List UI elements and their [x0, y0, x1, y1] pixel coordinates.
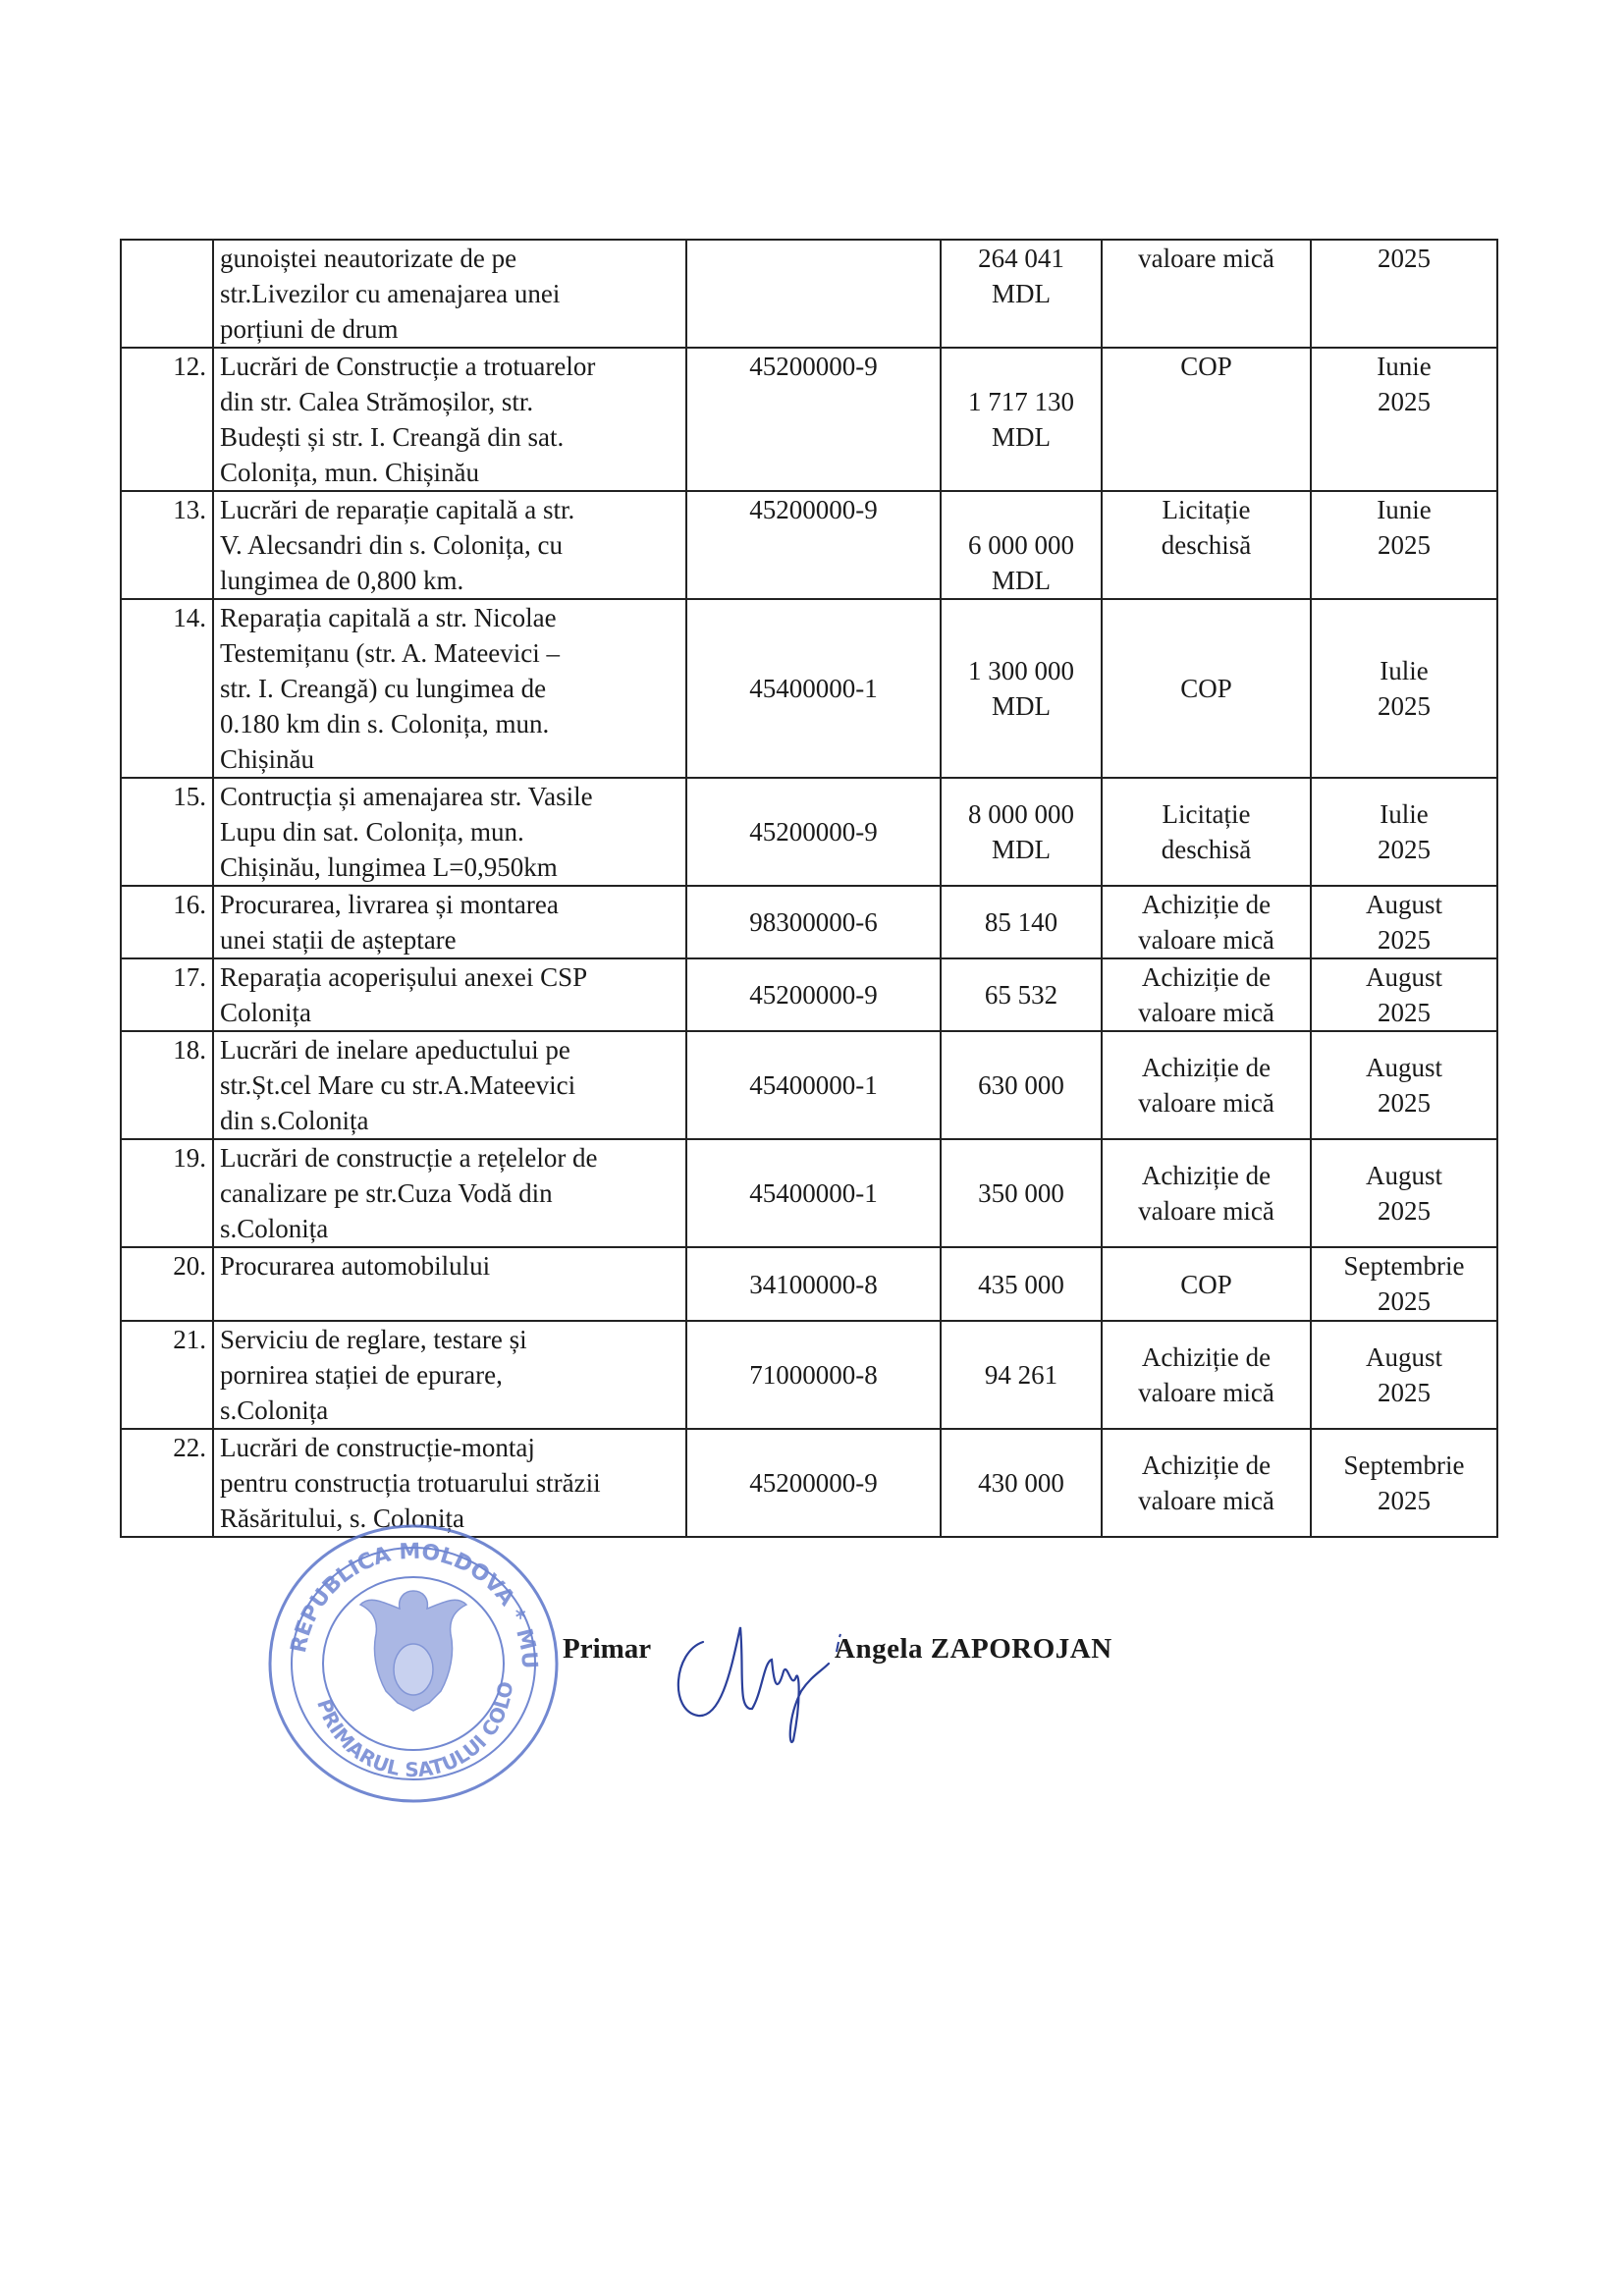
procurement-procedure-line: valoare mică [1109, 241, 1304, 276]
item-description: Reparația capitală a str. NicolaeTestemi… [213, 599, 686, 778]
planned-date: Septembrie2025 [1311, 1247, 1497, 1321]
item-description-line: Procurarea, livrarea și montarea [220, 887, 679, 922]
estimated-value-line: 65 532 [947, 977, 1095, 1012]
signatory-name: Angela ZAPOROJAN [835, 1633, 1112, 1666]
item-description-line: Budești și str. I. Creangă din sat. [220, 419, 679, 455]
table-row: 19.Lucrări de construcție a rețelelor de… [121, 1139, 1497, 1247]
procurement-procedure-line: Achiziție de [1109, 1050, 1304, 1085]
item-description: Serviciu de reglare, testare șipornirea … [213, 1321, 686, 1429]
row-number: 14. [121, 599, 213, 778]
estimated-value-line: MDL [947, 563, 1095, 598]
estimated-value: 430 000 [941, 1429, 1102, 1537]
item-description-line: gunoiștei neautorizate de pe [220, 241, 679, 276]
row-number: 16. [121, 886, 213, 958]
item-description-line: Lucrări de Construcție a trotuarelor [220, 349, 679, 384]
estimated-value-line: 1 717 130 [947, 384, 1095, 419]
item-description-line: Reparația acoperișului anexei CSP [220, 959, 679, 995]
estimated-value: 1 717 130MDL [941, 348, 1102, 491]
planned-date-line: Iulie [1318, 796, 1490, 832]
table-row: 21.Serviciu de reglare, testare șipornir… [121, 1321, 1497, 1429]
estimated-value-line: MDL [947, 276, 1095, 311]
planned-date-line: August [1318, 1339, 1490, 1375]
planned-date: August2025 [1311, 886, 1497, 958]
item-description-line: pornirea stației de epurare, [220, 1357, 679, 1393]
planned-date-line: 2025 [1318, 922, 1490, 957]
cpv-code: 45400000-1 [686, 1139, 941, 1247]
planned-date-line: Septembrie [1318, 1248, 1490, 1284]
procurement-procedure: COP [1102, 1247, 1311, 1321]
cpv-code: 45400000-1 [686, 599, 941, 778]
item-description-line: lungimea de 0,800 km. [220, 563, 679, 598]
planned-date-line: 2025 [1318, 1085, 1490, 1121]
planned-date: Iunie2025 [1311, 348, 1497, 491]
item-description-line: str. I. Creangă) cu lungimea de [220, 671, 679, 706]
item-description-line: Procurarea automobilului [220, 1248, 679, 1284]
procurement-procedure-line: Achiziție de [1109, 1448, 1304, 1483]
item-description-line: 0.180 km din s. Colonița, mun. [220, 706, 679, 741]
estimated-value-line: 94 261 [947, 1357, 1095, 1393]
planned-date-line: Iunie [1318, 492, 1490, 527]
procurement-procedure: Achiziție devaloare mică [1102, 1429, 1311, 1537]
planned-date-line: August [1318, 959, 1490, 995]
table-row: 14.Reparația capitală a str. NicolaeTest… [121, 599, 1497, 778]
item-description-line: Lucrări de reparație capitală a str. [220, 492, 679, 527]
estimated-value: 85 140 [941, 886, 1102, 958]
planned-date-line: 2025 [1318, 688, 1490, 724]
item-description: Lucrări de reparație capitală a str.V. A… [213, 491, 686, 599]
procurement-procedure-line: valoare mică [1109, 995, 1304, 1030]
item-description: Procurarea, livrarea și montareaunei sta… [213, 886, 686, 958]
item-description-line: din s.Colonița [220, 1103, 679, 1138]
estimated-value: 65 532 [941, 958, 1102, 1031]
item-description-line: s.Colonița [220, 1393, 679, 1428]
estimated-value: 94 261 [941, 1321, 1102, 1429]
procurement-procedure: Achiziție devaloare mică [1102, 1139, 1311, 1247]
planned-date-line: 2025 [1318, 1284, 1490, 1319]
procurement-procedure: Achiziție devaloare mică [1102, 1321, 1311, 1429]
item-description-line: Lupu din sat. Colonița, mun. [220, 814, 679, 849]
planned-date-line: 2025 [1318, 241, 1490, 276]
item-description-line: porțiuni de drum [220, 311, 679, 347]
planned-date: Iulie2025 [1311, 599, 1497, 778]
item-description: Reparația acoperișului anexei CSPColoniț… [213, 958, 686, 1031]
planned-date-line: 2025 [1318, 1193, 1490, 1229]
item-description: Contrucția și amenajarea str. VasileLupu… [213, 778, 686, 886]
row-number: 17. [121, 958, 213, 1031]
planned-date: August2025 [1311, 958, 1497, 1031]
row-number: 15. [121, 778, 213, 886]
procurement-procedure: COP [1102, 599, 1311, 778]
procurement-procedure-line: valoare mică [1109, 1085, 1304, 1121]
procurement-procedure-line: valoare mică [1109, 922, 1304, 957]
procurement-procedure-line: Achiziție de [1109, 1339, 1304, 1375]
planned-date: August2025 [1311, 1139, 1497, 1247]
procurement-procedure-line: COP [1109, 349, 1304, 384]
estimated-value-line: MDL [947, 832, 1095, 867]
cpv-code: 45400000-1 [686, 1031, 941, 1139]
table-row: 20.Procurarea automobilului34100000-8435… [121, 1247, 1497, 1321]
estimated-value: 435 000 [941, 1247, 1102, 1321]
procurement-table: gunoiștei neautorizate de pestr.Livezilo… [120, 239, 1498, 1538]
cpv-code: 45200000-9 [686, 491, 941, 599]
item-description-line: Chișinău [220, 741, 679, 777]
procurement-procedure: COP [1102, 348, 1311, 491]
procurement-procedure-line: Achiziție de [1109, 1158, 1304, 1193]
item-description-line: Colonița, mun. Chișinău [220, 455, 679, 490]
procurement-procedure-line: COP [1109, 671, 1304, 706]
estimated-value: 630 000 [941, 1031, 1102, 1139]
estimated-value-line: 6 000 000 [947, 527, 1095, 563]
item-description-line: Testemițanu (str. A. Mateevici – [220, 635, 679, 671]
estimated-value-line: 85 140 [947, 904, 1095, 940]
planned-date: Iunie2025 [1311, 491, 1497, 599]
table-row: 16.Procurarea, livrarea și montareaunei … [121, 886, 1497, 958]
table-row: 18.Lucrări de inelare apeductului pestr.… [121, 1031, 1497, 1139]
planned-date-line: 2025 [1318, 995, 1490, 1030]
item-description-line: Contrucția și amenajarea str. Vasile [220, 779, 679, 814]
planned-date: Iulie2025 [1311, 778, 1497, 886]
estimated-value-line: 8 000 000 [947, 796, 1095, 832]
item-description-line: Reparația capitală a str. Nicolae [220, 600, 679, 635]
planned-date-line: August [1318, 1050, 1490, 1085]
procurement-procedure: Achiziție devaloare mică [1102, 1031, 1311, 1139]
row-number: 13. [121, 491, 213, 599]
row-number: 18. [121, 1031, 213, 1139]
planned-date: 2025 [1311, 240, 1497, 348]
official-seal-icon: REPUBLICA MOLDOVA * MUN. CHIȘINĂU * PRIM… [265, 1520, 562, 1807]
planned-date-line: 2025 [1318, 384, 1490, 419]
planned-date: August2025 [1311, 1321, 1497, 1429]
estimated-value-line: MDL [947, 688, 1095, 724]
item-description-line: V. Alecsandri din s. Colonița, cu [220, 527, 679, 563]
planned-date-line: August [1318, 1158, 1490, 1193]
estimated-value: 6 000 000MDL [941, 491, 1102, 599]
estimated-value-line: 350 000 [947, 1175, 1095, 1211]
item-description-line: str.Livezilor cu amenajarea unei [220, 276, 679, 311]
item-description-line: Lucrări de construcție a rețelelor de [220, 1140, 679, 1175]
procurement-procedure-line: Licitație [1109, 492, 1304, 527]
planned-date-line: Iunie [1318, 349, 1490, 384]
estimated-value-line: 430 000 [947, 1465, 1095, 1501]
cpv-code: 45200000-9 [686, 958, 941, 1031]
planned-date-line: 2025 [1318, 527, 1490, 563]
procurement-procedure: Licitațiedeschisă [1102, 778, 1311, 886]
row-number: 22. [121, 1429, 213, 1537]
cpv-code: 34100000-8 [686, 1247, 941, 1321]
estimated-value-line: 435 000 [947, 1267, 1095, 1302]
item-description-line: Chișinău, lungimea L=0,950km [220, 849, 679, 885]
planned-date-line: 2025 [1318, 1375, 1490, 1410]
estimated-value: 350 000 [941, 1139, 1102, 1247]
procurement-procedure: Achiziție devaloare mică [1102, 886, 1311, 958]
table-row: 12.Lucrări de Construcție a trotuarelord… [121, 348, 1497, 491]
row-number: 20. [121, 1247, 213, 1321]
table-row: 17.Reparația acoperișului anexei CSPColo… [121, 958, 1497, 1031]
item-description-line: canalizare pe str.Cuza Vodă din [220, 1175, 679, 1211]
cpv-code: 45200000-9 [686, 1429, 941, 1537]
cpv-code [686, 240, 941, 348]
estimated-value: 1 300 000MDL [941, 599, 1102, 778]
planned-date-line: 2025 [1318, 1483, 1490, 1518]
item-description-line: Lucrări de construcție-montaj [220, 1430, 679, 1465]
planned-date-line: August [1318, 887, 1490, 922]
row-number: 12. [121, 348, 213, 491]
cpv-code: 71000000-8 [686, 1321, 941, 1429]
procurement-procedure-line: valoare mică [1109, 1193, 1304, 1229]
signatory-title: Primar [563, 1633, 651, 1666]
planned-date: August2025 [1311, 1031, 1497, 1139]
procurement-procedure: Achiziție devaloare mică [1102, 958, 1311, 1031]
item-description: Procurarea automobilului [213, 1247, 686, 1321]
planned-date-line: 2025 [1318, 832, 1490, 867]
estimated-value-line: 630 000 [947, 1067, 1095, 1103]
item-description: Lucrări de construcție a rețelelor decan… [213, 1139, 686, 1247]
procurement-procedure-line: valoare mică [1109, 1483, 1304, 1518]
row-number: 21. [121, 1321, 213, 1429]
procurement-procedure-line: deschisă [1109, 832, 1304, 867]
handwritten-signature-icon [664, 1603, 860, 1750]
procurement-procedure-line: Licitație [1109, 796, 1304, 832]
estimated-value: 8 000 000MDL [941, 778, 1102, 886]
procurement-procedure-line: COP [1109, 1267, 1304, 1302]
planned-date-line: Septembrie [1318, 1448, 1490, 1483]
item-description-line: Lucrări de inelare apeductului pe [220, 1032, 679, 1067]
estimated-value: 264 041MDL [941, 240, 1102, 348]
item-description-line: unei stații de așteptare [220, 922, 679, 957]
estimated-value-line: 264 041 [947, 241, 1095, 276]
table-row: 13.Lucrări de reparație capitală a str.V… [121, 491, 1497, 599]
cpv-code: 98300000-6 [686, 886, 941, 958]
document-page: gunoiștei neautorizate de pestr.Livezilo… [0, 0, 1624, 2296]
planned-date-line: Iulie [1318, 653, 1490, 688]
cpv-code: 45200000-9 [686, 778, 941, 886]
procurement-procedure-line: valoare mică [1109, 1375, 1304, 1410]
item-description-line: str.Șt.cel Mare cu str.A.Mateevici [220, 1067, 679, 1103]
cpv-code: 45200000-9 [686, 348, 941, 491]
row-number: 19. [121, 1139, 213, 1247]
table-row: 15.Contrucția și amenajarea str. VasileL… [121, 778, 1497, 886]
item-description: Lucrări de inelare apeductului pestr.Șt.… [213, 1031, 686, 1139]
procurement-procedure: Licitațiedeschisă [1102, 491, 1311, 599]
procurement-procedure-line: Achiziție de [1109, 959, 1304, 995]
item-description: gunoiștei neautorizate de pestr.Livezilo… [213, 240, 686, 348]
procurement-procedure: valoare mică [1102, 240, 1311, 348]
item-description: Lucrări de Construcție a trotuarelordin … [213, 348, 686, 491]
table-row: gunoiștei neautorizate de pestr.Livezilo… [121, 240, 1497, 348]
estimated-value-line: 1 300 000 [947, 653, 1095, 688]
estimated-value-line: MDL [947, 419, 1095, 455]
item-description-line: pentru construcția trotuarului străzii [220, 1465, 679, 1501]
item-description-line: Colonița [220, 995, 679, 1030]
item-description-line: Serviciu de reglare, testare și [220, 1322, 679, 1357]
item-description-line: s.Colonița [220, 1211, 679, 1246]
planned-date: Septembrie2025 [1311, 1429, 1497, 1537]
item-description-line: din str. Calea Strămoșilor, str. [220, 384, 679, 419]
procurement-procedure-line: deschisă [1109, 527, 1304, 563]
row-number [121, 240, 213, 348]
procurement-procedure-line: Achiziție de [1109, 887, 1304, 922]
